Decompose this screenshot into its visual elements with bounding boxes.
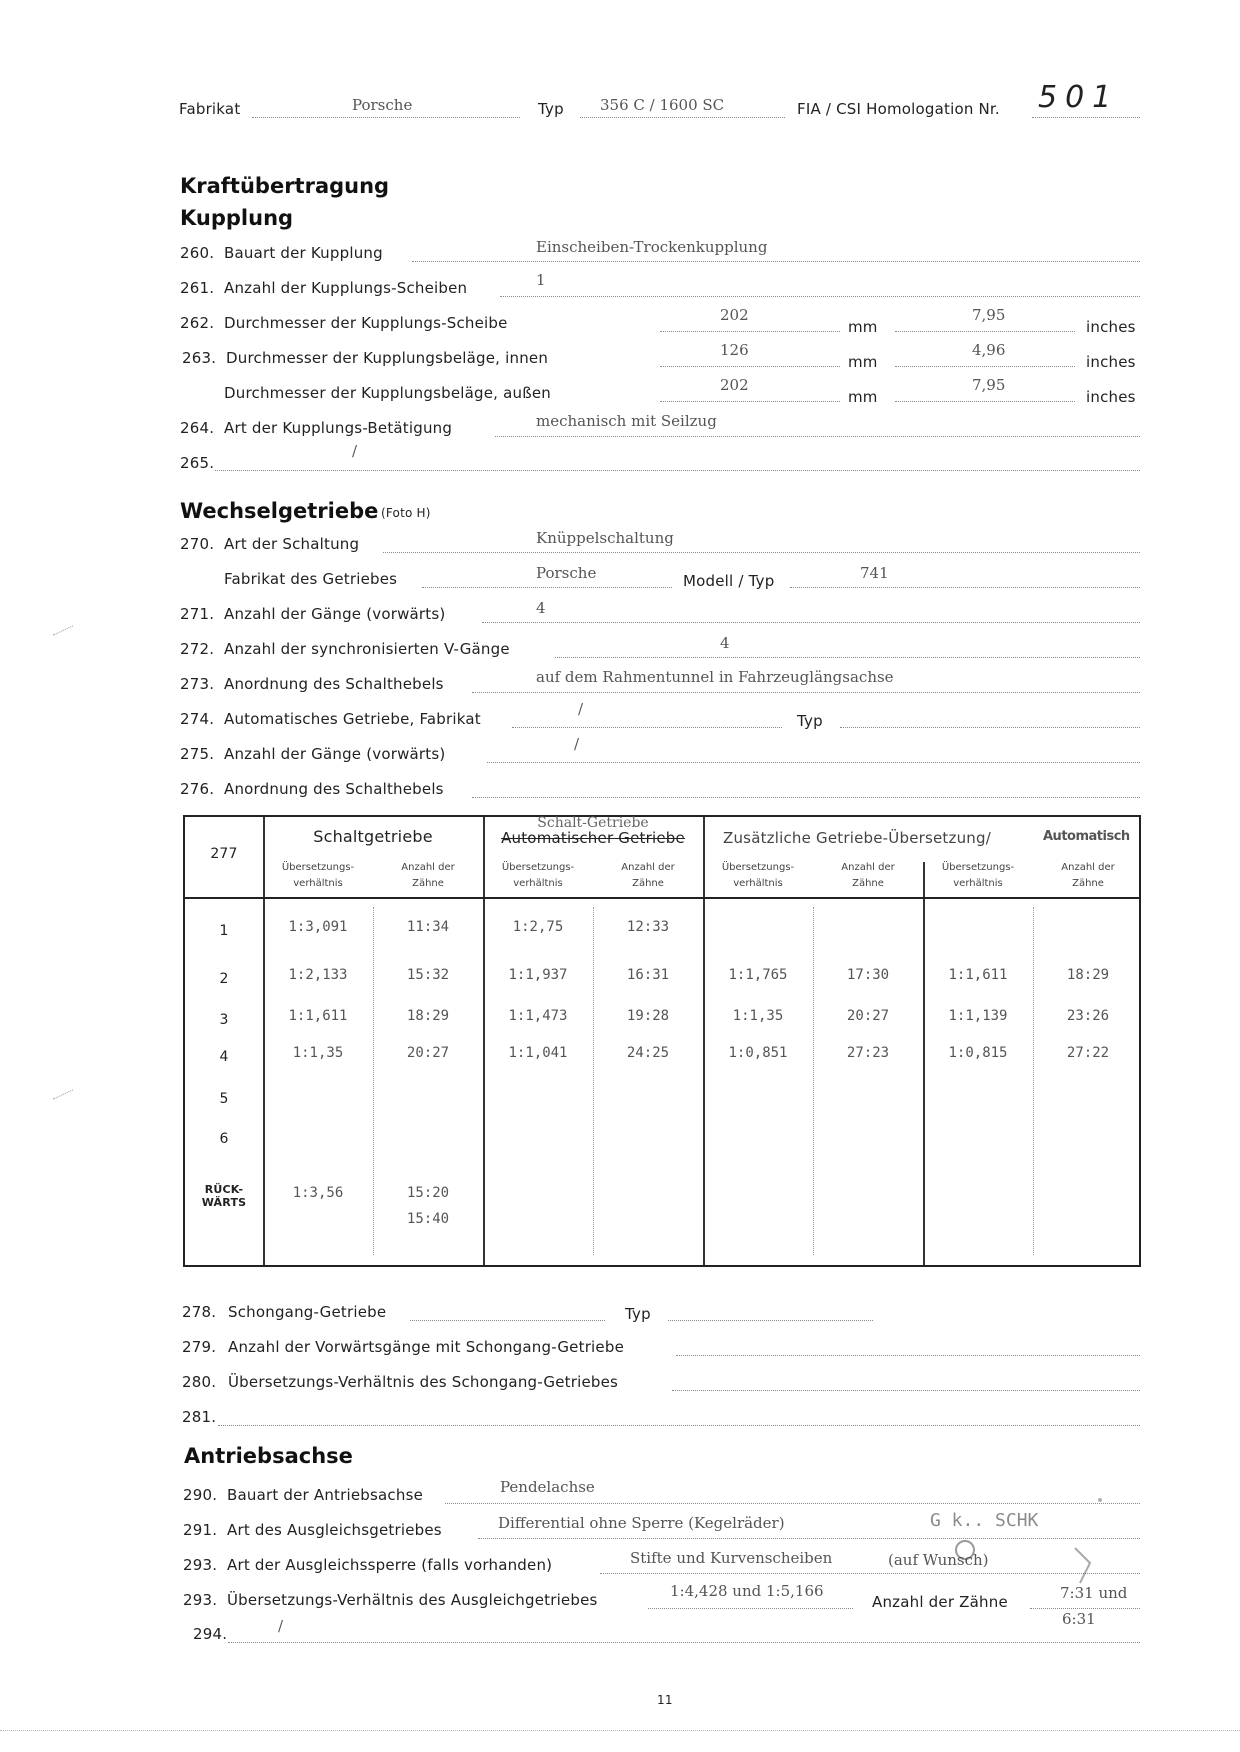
item-262-number: 262. [180, 314, 214, 332]
item-263b-mm-dotted-line [660, 401, 840, 402]
item-263-mm-dotted-line [660, 366, 840, 367]
item-260-label: Bauart der Kupplung [224, 244, 383, 262]
col-ratio-header: Übersetzungs-verhältnis [263, 860, 373, 892]
item-279-label: Anzahl der Vorwärtsgänge mit Schongang-G… [228, 1338, 624, 1356]
teeth-cell: 27:22 [1033, 1045, 1143, 1061]
item-260-number: 260. [180, 244, 214, 262]
teeth-cell: 18:29 [1033, 967, 1143, 983]
item-276-dotted-line [472, 797, 1140, 798]
item-270b-dotted-line [422, 587, 672, 588]
item-290-label: Bauart der Antriebsachse [227, 1486, 423, 1504]
item-261-dotted-line [500, 296, 1140, 297]
item-294-number: 294. [193, 1625, 227, 1643]
ratio-cell: 1:1,937 [483, 967, 593, 983]
item-271-label: Anzahl der Gänge (vorwärts) [224, 605, 445, 623]
item-280-number: 280. [182, 1373, 216, 1391]
item-270b-modell-dotted-line [790, 587, 1140, 588]
item-270-dotted-line [383, 552, 1140, 553]
teeth-cell: 15:20 [373, 1185, 483, 1201]
item-290-value: Pendelachse [500, 1478, 595, 1496]
item-265-number: 265. [180, 454, 214, 472]
item-272-label: Anzahl der synchronisierten V-Gänge [224, 640, 510, 658]
teeth-cell: 15:32 [373, 967, 483, 983]
ratio-cell: 1:1,35 [263, 1045, 373, 1061]
item-262-mm-dotted-line [660, 331, 840, 332]
item-274-label: Automatisches Getriebe, Fabrikat [224, 710, 481, 728]
item-281-number: 281. [182, 1408, 216, 1426]
table-dotted-divider [373, 907, 374, 1255]
item-293b-dotted-line [648, 1608, 853, 1609]
gear-label: 5 [185, 1091, 263, 1107]
item-263b-mm-unit: mm [848, 388, 878, 406]
item-274-typ-dotted-line [840, 727, 1140, 728]
item-293a-label: Art der Ausgleichssperre (falls vorhande… [227, 1556, 552, 1574]
col-ratio-header: Übersetzungs-verhältnis [923, 860, 1033, 892]
item-262-inch-dotted-line [895, 331, 1075, 332]
ratio-cell: 1:1,611 [923, 967, 1033, 983]
typ-dotted-line [580, 117, 785, 118]
heading-kraftuebertragung: Kraftübertragung [180, 174, 389, 198]
item-271-number: 271. [180, 605, 214, 623]
homologation-dotted-line [1032, 117, 1140, 118]
teeth-cell: 12:33 [593, 919, 703, 935]
gear-label: 4 [185, 1049, 263, 1065]
ratio-cell: 1:1,611 [263, 1008, 373, 1024]
group-2-struck-title: Automatischer Getriebe [483, 829, 703, 847]
item-273-value: auf dem Rahmentunnel in Fahrzeuglängsach… [536, 668, 894, 686]
item-263-number: 263. [182, 349, 216, 367]
item-293a-number: 293. [183, 1556, 217, 1574]
item-270b-modell-label: Modell / Typ [683, 572, 774, 590]
item-276-number: 276. [180, 780, 214, 798]
item-263-inch-dotted-line [895, 366, 1075, 367]
col-teeth-header: Anzahl derZähne [373, 860, 483, 892]
teeth-cell: 16:31 [593, 967, 703, 983]
item-260-value: Einscheiben-Trockenkupplung [536, 238, 767, 256]
homologation-label: FIA / CSI Homologation Nr. [797, 100, 1000, 118]
ratio-cell: 1:2,133 [263, 967, 373, 983]
item-274-number: 274. [180, 710, 214, 728]
margin-mark [53, 1089, 73, 1099]
item-263b-mm-value: 202 [720, 376, 749, 394]
item-264-number: 264. [180, 419, 214, 437]
gear-label: 6 [185, 1131, 263, 1147]
item-276-label: Anordnung des Schalthebels [224, 780, 444, 798]
item-279-dotted-line [676, 1355, 1140, 1356]
item-270-value: Knüppelschaltung [536, 529, 674, 547]
item-264-dotted-line [495, 436, 1140, 437]
item-262-inch-value: 7,95 [972, 306, 1005, 324]
table-dotted-divider [813, 907, 814, 1255]
item-261-number: 261. [180, 279, 214, 297]
item-274-typ-label: Typ [797, 712, 823, 730]
item-260-dotted-line [412, 261, 1140, 262]
homologation-form-page: Fabrikat Porsche Typ 356 C / 1600 SC FIA… [0, 0, 1240, 1752]
item-279-number: 279. [182, 1338, 216, 1356]
item-270-number: 270. [180, 535, 214, 553]
fabrikat-label: Fabrikat [179, 100, 240, 118]
item-275-value: / [574, 735, 579, 753]
teeth-cell: 27:23 [813, 1045, 923, 1061]
item-274-value: / [578, 700, 583, 718]
item-263-inch-value: 4,96 [972, 341, 1005, 359]
item-291-value: Differential ohne Sperre (Kegelräder) [498, 1514, 785, 1532]
teeth-cell: 24:25 [593, 1045, 703, 1061]
fabrikat-value: Porsche [352, 96, 412, 114]
item-278-typ-label: Typ [625, 1305, 651, 1323]
col-ratio-header: Übersetzungs-verhältnis [483, 860, 593, 892]
item-264-value: mechanisch mit Seilzug [536, 412, 717, 430]
item-270b-label: Fabrikat des Getriebes [224, 570, 397, 588]
item-263-label: Durchmesser der Kupplungsbeläge, innen [226, 349, 548, 367]
heading-wechselgetriebe-note: (Foto H) [381, 506, 431, 520]
item-270b-modell-value: 741 [860, 564, 889, 582]
item-263b-inch-dotted-line [895, 401, 1075, 402]
ratio-cell: 1:2,75 [483, 919, 593, 935]
item-270b-value: Porsche [536, 564, 596, 582]
ratio-cell: 1:1,041 [483, 1045, 593, 1061]
heading-wechselgetriebe: Wechselgetriebe [180, 499, 378, 523]
item-291-number: 291. [183, 1521, 217, 1539]
item-272-value: 4 [720, 634, 730, 652]
margin-mark [53, 625, 73, 635]
item-263-mm-value: 126 [720, 341, 749, 359]
page-bottom-edge [0, 1730, 1240, 1731]
svg-text:G k.. SCHK: G k.. SCHK [930, 1510, 1039, 1531]
teeth-cell: 18:29 [373, 1008, 483, 1024]
item-263b-inch-value: 7,95 [972, 376, 1005, 394]
item-281-dotted-line [218, 1425, 1140, 1426]
gear-label: 3 [185, 1012, 263, 1028]
col-ratio-header: Übersetzungs-verhältnis [703, 860, 813, 892]
item-262-mm-value: 202 [720, 306, 749, 324]
item-273-dotted-line [472, 692, 1140, 693]
item-262-inch-unit: inches [1086, 318, 1136, 336]
homologation-number: 501 [1038, 80, 1119, 115]
item-275-number: 275. [180, 745, 214, 763]
item-265-dotted-line [215, 470, 1140, 471]
item-272-number: 272. [180, 640, 214, 658]
typ-label: Typ [538, 100, 564, 118]
teeth-cell: 11:34 [373, 919, 483, 935]
heading-kupplung: Kupplung [180, 206, 293, 230]
table-dotted-divider [593, 907, 594, 1255]
gear-ratio-table: 277 Schaltgetriebe Schalt-Getriebe Autom… [183, 815, 1141, 1267]
item-272-dotted-line [555, 657, 1140, 658]
group-3-struck-word: Automatisch [1043, 829, 1130, 844]
item-261-value: 1 [536, 271, 546, 289]
item-291-label: Art des Ausgleichsgetriebes [227, 1521, 442, 1539]
teeth-cell: 23:26 [1033, 1008, 1143, 1024]
gear-label: 1 [185, 923, 263, 939]
item-275-label: Anzahl der Gänge (vorwärts) [224, 745, 445, 763]
group-3-title: Zusätzliche Getriebe-Übersetzung/ [723, 829, 991, 847]
item-293b-teeth-dotted-line [1030, 1608, 1140, 1609]
item-263b-inch-unit: inches [1086, 388, 1136, 406]
item-280-dotted-line [672, 1390, 1140, 1391]
item-262-label: Durchmesser der Kupplungs-Scheibe [224, 314, 508, 332]
item-278-typ-dotted-line [668, 1320, 873, 1321]
table-header-rule [185, 897, 1139, 899]
table-dotted-divider [1033, 907, 1034, 1255]
ratio-cell: 1:1,473 [483, 1008, 593, 1024]
item-270-label: Art der Schaltung [224, 535, 359, 553]
item-294-dotted-line [228, 1642, 1140, 1643]
item-294-value: / [278, 1617, 283, 1635]
item-274-dotted-line [512, 727, 782, 728]
typ-value: 356 C / 1600 SC [600, 96, 724, 114]
teeth-cell: 15:40 [373, 1211, 483, 1227]
table-divider [923, 862, 925, 1265]
ratio-cell: 1:3,56 [263, 1185, 373, 1201]
item-264-label: Art der Kupplungs-Betätigung [224, 419, 452, 437]
item-280-label: Übersetzungs-Verhältnis des Schongang-Ge… [228, 1373, 618, 1391]
ratio-cell: 1:3,091 [263, 919, 373, 935]
item-271-dotted-line [482, 622, 1140, 623]
item-278-label: Schongang-Getriebe [228, 1303, 386, 1321]
item-262-mm-unit: mm [848, 318, 878, 336]
item-293a-value: Stifte und Kurvenscheiben [630, 1549, 832, 1567]
teeth-cell: 17:30 [813, 967, 923, 983]
item-278-number: 278. [182, 1303, 216, 1321]
fabrikat-dotted-line [252, 117, 520, 118]
col-teeth-header: Anzahl derZähne [813, 860, 923, 892]
col-teeth-header: Anzahl derZähne [1033, 860, 1143, 892]
ratio-cell: 1:0,815 [923, 1045, 1033, 1061]
ratio-cell: 1:0,851 [703, 1045, 813, 1061]
gear-label: RÜCK-WÄRTS [185, 1183, 263, 1209]
gear-label: 2 [185, 971, 263, 987]
item-290-number: 290. [183, 1486, 217, 1504]
item-293b-number: 293. [183, 1591, 217, 1609]
item-293b-label: Übersetzungs-Verhältnis des Ausgleichget… [227, 1591, 598, 1609]
ratio-cell: 1:1,139 [923, 1008, 1033, 1024]
item-271-value: 4 [536, 599, 546, 617]
item-275-dotted-line [487, 762, 1140, 763]
ratio-cell: 1:1,35 [703, 1008, 813, 1024]
teeth-cell: 20:27 [813, 1008, 923, 1024]
teeth-cell: 19:28 [593, 1008, 703, 1024]
item-293b-value: 1:4,428 und 1:5,166 [670, 1582, 824, 1600]
item-263b-label: Durchmesser der Kupplungsbeläge, außen [224, 384, 551, 402]
item-263-inch-unit: inches [1086, 353, 1136, 371]
heading-antriebsachse: Antriebsachse [184, 1444, 353, 1468]
item-293b-teeth-value-2: 6:31 [1062, 1610, 1096, 1628]
page-number: 11 [657, 1693, 673, 1707]
item-265-value: / [352, 442, 357, 460]
table-number: 277 [185, 846, 263, 862]
item-263-mm-unit: mm [848, 353, 878, 371]
col-teeth-header: Anzahl derZähne [593, 860, 703, 892]
group-schaltgetriebe-title: Schaltgetriebe [263, 827, 483, 846]
item-261-label: Anzahl der Kupplungs-Scheiben [224, 279, 467, 297]
official-stamp-mark: G k.. SCHK [925, 1488, 1125, 1598]
teeth-cell: 20:27 [373, 1045, 483, 1061]
item-273-label: Anordnung des Schalthebels [224, 675, 444, 693]
ratio-cell: 1:1,765 [703, 967, 813, 983]
item-273-number: 273. [180, 675, 214, 693]
item-278-dotted-line [410, 1320, 605, 1321]
